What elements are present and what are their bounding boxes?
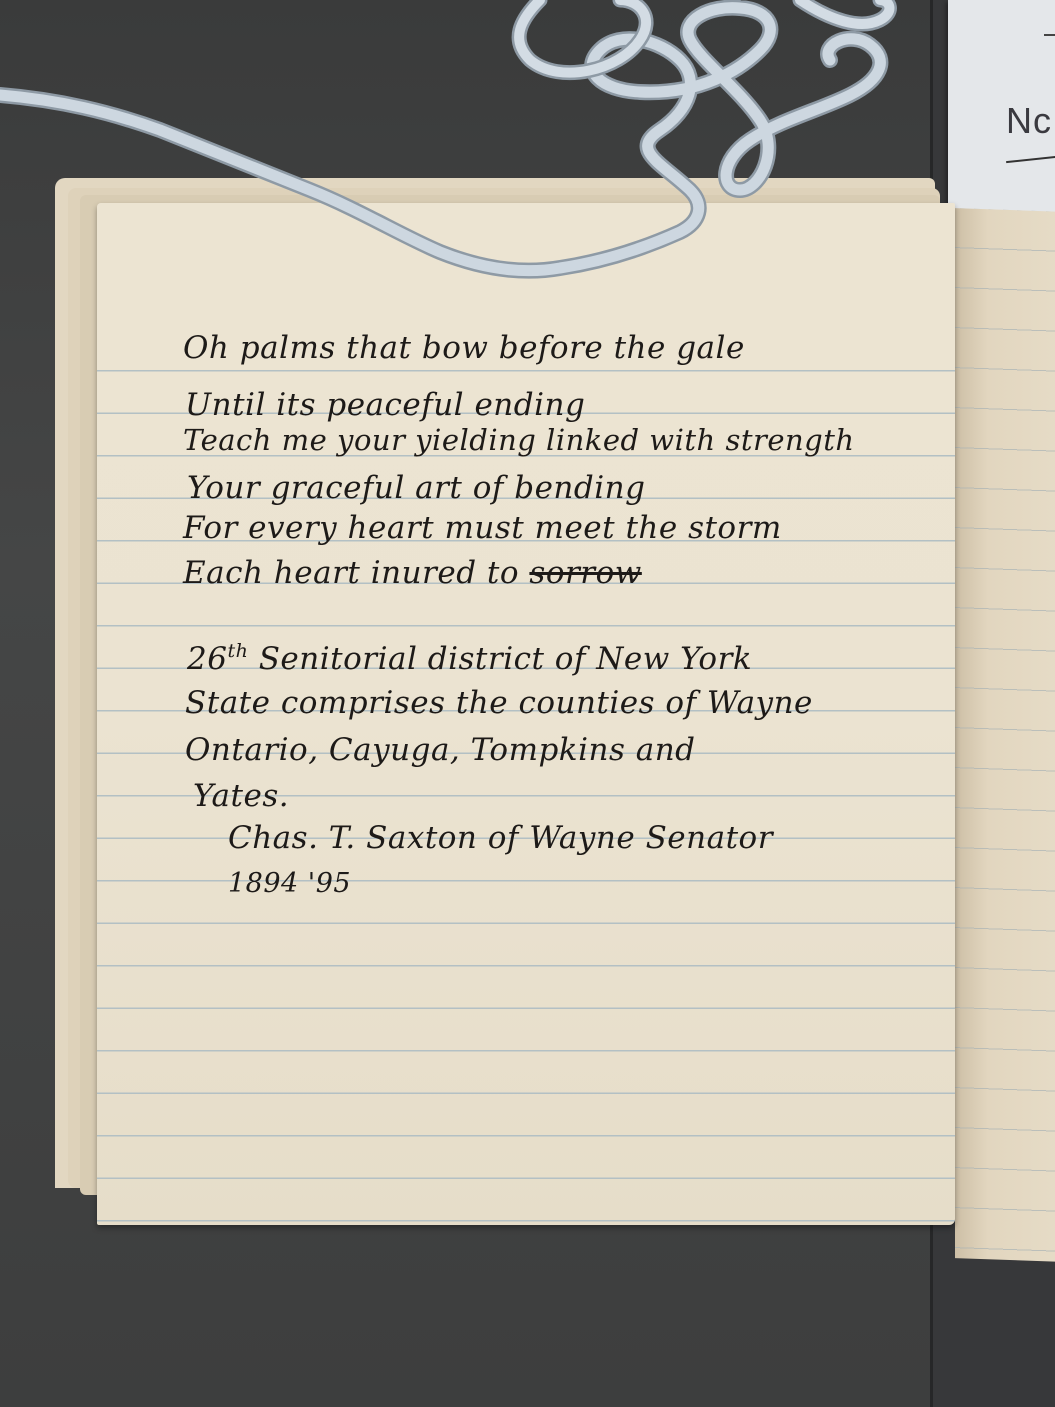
- poem-line-6-text: Each heart inured to: [183, 555, 519, 591]
- poem-line-4: Your graceful art of bending: [187, 470, 645, 506]
- poem-line-6: Each heart inured to sorrow: [183, 555, 642, 591]
- note-line-3: Ontario, Cayuga, Tompkins and: [185, 732, 696, 768]
- facing-page: [955, 208, 1055, 1262]
- note-line-1-rest: Senitorial district of New York: [259, 641, 753, 677]
- card-text: Nc: [1006, 100, 1052, 142]
- index-card: Nc: [948, 0, 1055, 215]
- note-line-1: 26th Senitorial district of New York: [187, 640, 752, 677]
- ordinal-number: 26: [187, 641, 227, 677]
- ruled-lines: [97, 329, 955, 1225]
- poem-line-2: Until its peaceful ending: [185, 387, 585, 423]
- note-line-6: 1894 '95: [228, 868, 351, 899]
- poem-line-1: Oh palms that bow before the gale: [183, 330, 745, 366]
- ordinal-suffix: th: [227, 640, 248, 662]
- card-mark: [1044, 34, 1055, 36]
- facing-page-rules: [955, 208, 1055, 1262]
- note-line-2: State comprises the counties of Wayne: [185, 685, 813, 721]
- poem-line-3: Teach me your yielding linked with stren…: [183, 423, 855, 457]
- note-line-4: Yates.: [193, 778, 289, 814]
- card-underline: [1006, 155, 1055, 163]
- note-line-5: Chas. T. Saxton of Wayne Senator: [228, 820, 773, 856]
- struck-word: sorrow: [529, 555, 641, 591]
- poem-line-5: For every heart must meet the storm: [183, 510, 782, 546]
